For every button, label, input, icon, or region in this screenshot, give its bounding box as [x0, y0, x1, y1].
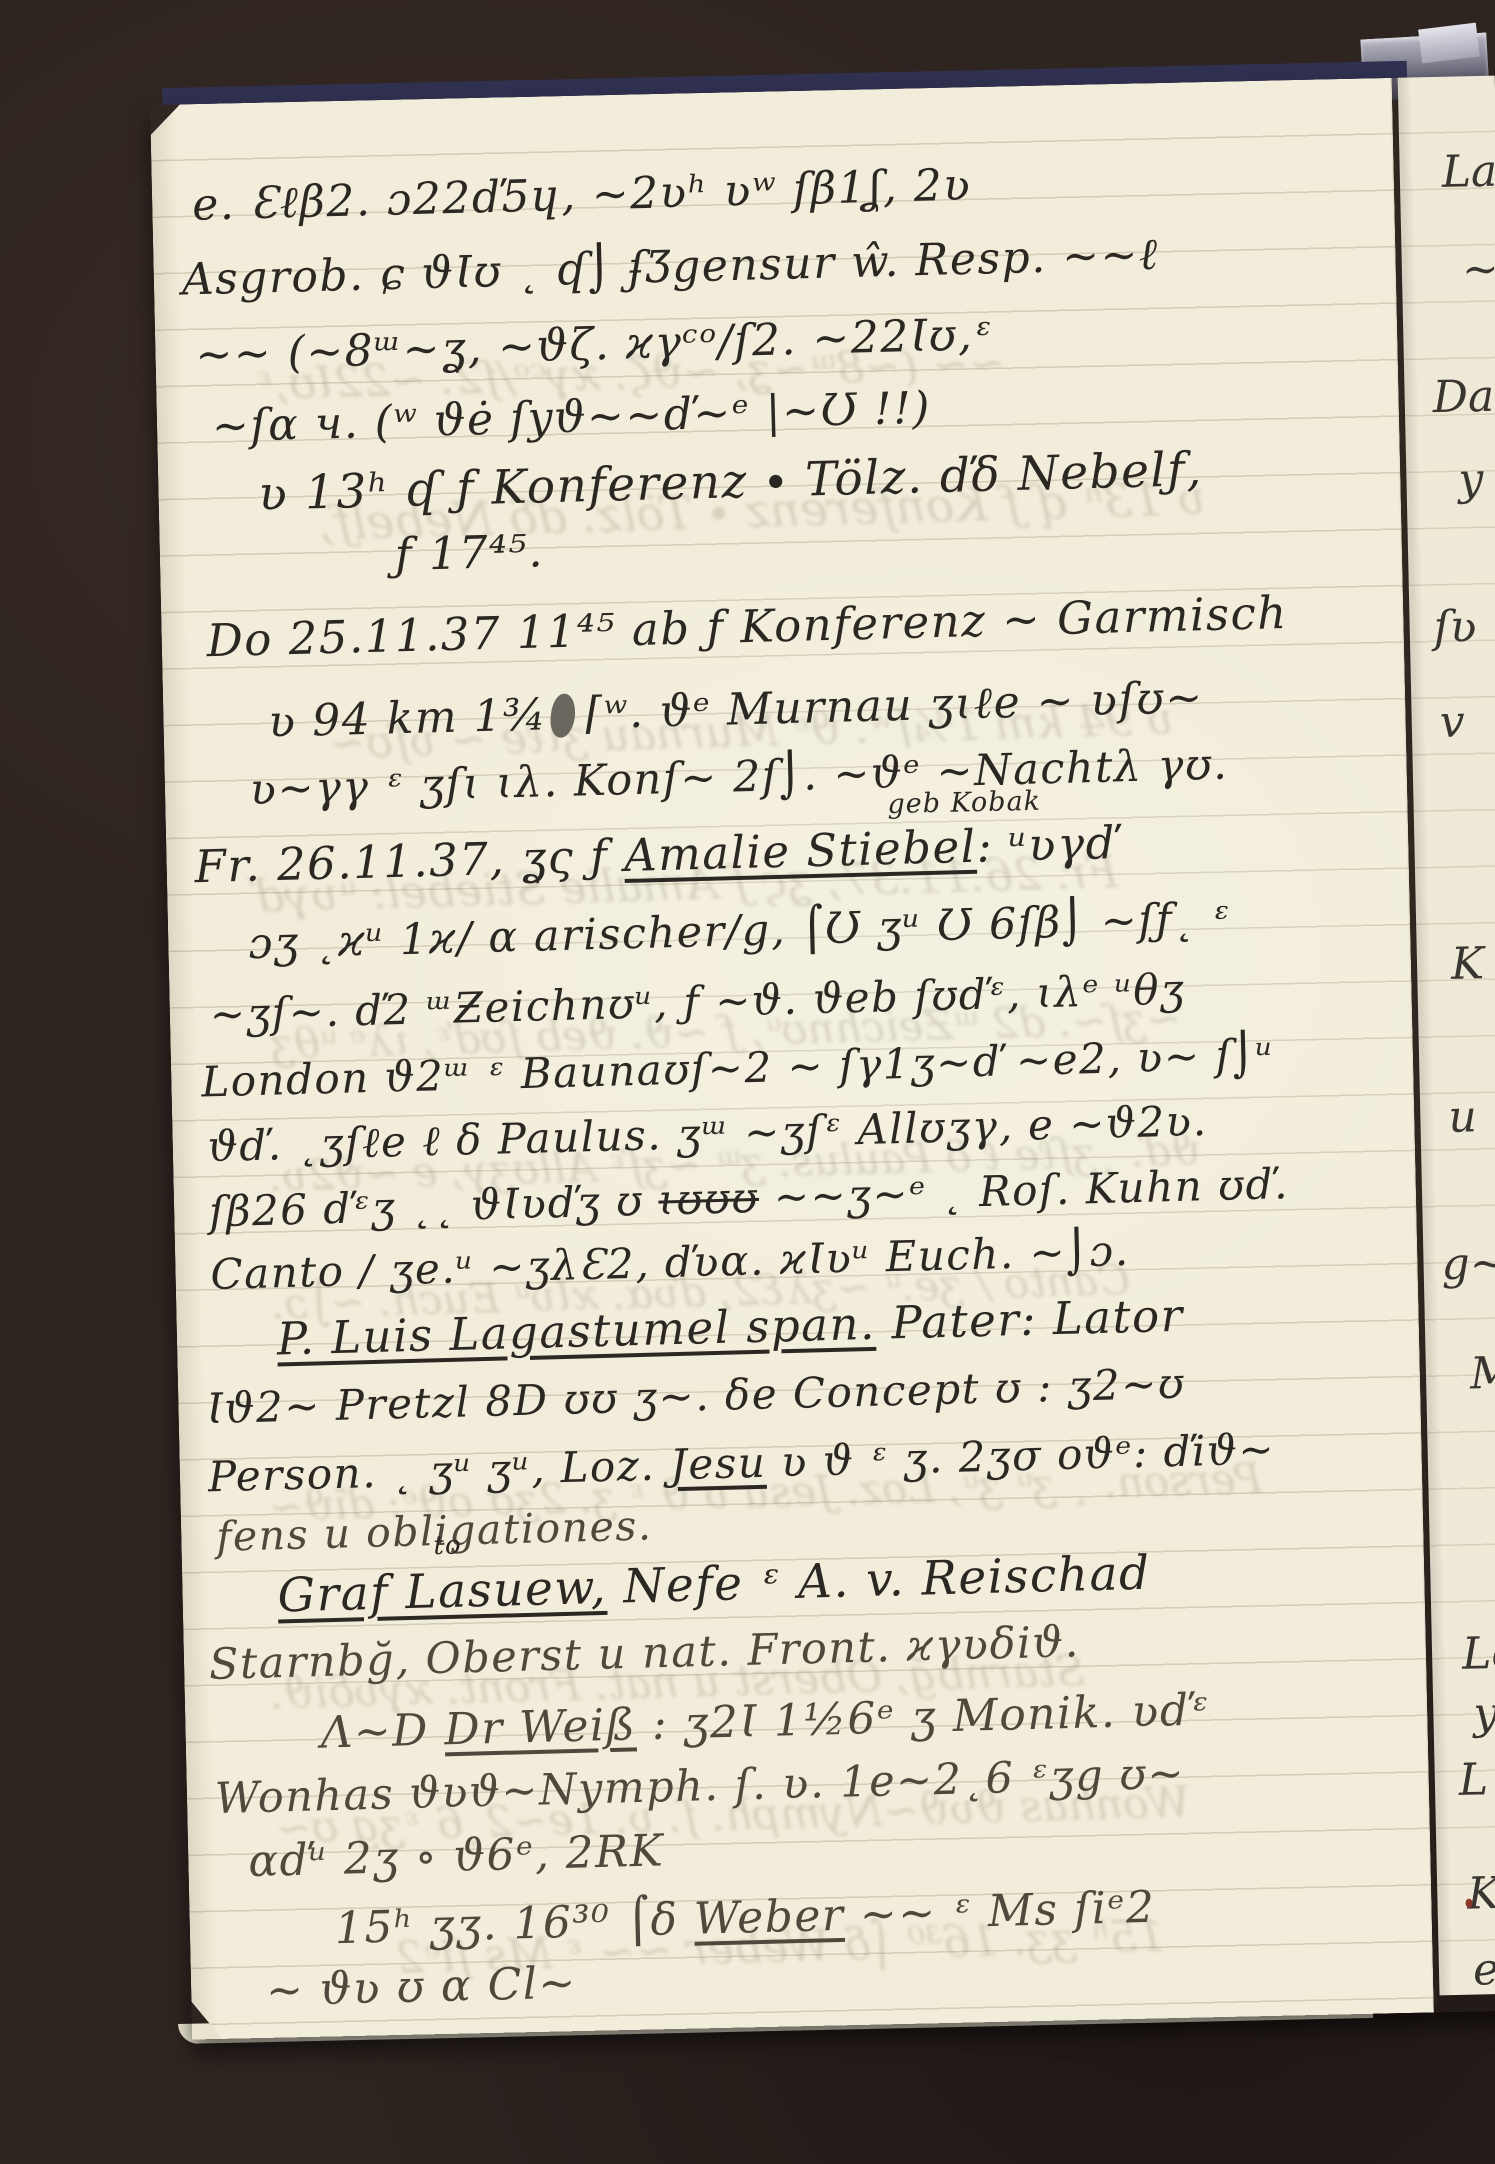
handwriting-line: ∼∼ (∼8ᵚ∼ʓ‚ ∼ϑζ. ϰγᶜᵒ/ſ2. ∼22Ɩʊ‚ᵋ: [195, 313, 994, 378]
interlinear-note: to: [433, 1531, 462, 1562]
right-page-fragment: La: [1441, 146, 1495, 198]
right-page-fragment: y: [1458, 454, 1484, 506]
handwriting-line: ɔʒ ˛ϰᵘ 1ϰ/ ɑ arischer/g‚ ⌠Ʊ ʒᵘ Ʊ 6ſβ⌡ ∼ſ…: [248, 897, 1232, 966]
handwriting-line: ʋ 94 km 1¾⌈ʷ. ϑᵉ Murnau ʒɩℓe ∼ ʋſʊ∼: [268, 668, 1204, 744]
handwriting-line: Wonhas ϑʋϑ∼Nymph. ſ. ʋ. 1e∼2˛6 ᵋʒg ʊ∼: [214, 1753, 1185, 1821]
handwriting-text: Canto / ʒe.ᵘ ∼ʒλƐ2‚ ďʋɑ. ϰƖʋᵘ Euch. ∼⌡ɔ.: [210, 1226, 1130, 1299]
handwriting-line: London ϑ2ᵚ ᵋ Baunaʊſ∼2 ∼ ſγ1ʒ∼ď ∼e2‚ ʋ∼ …: [201, 1033, 1275, 1103]
ink-smudge: [547, 692, 577, 739]
handwriting-text: ſβ26 ďᵋʒ ˛˛ ϑƖʋďʒ ʊ: [209, 1176, 660, 1237]
right-page-fragment: v: [1439, 696, 1465, 748]
handwriting-text: Amalie Stiebel: [623, 820, 977, 882]
right-page-fragment: Le: [1462, 1628, 1495, 1680]
handwriting-line: Graf Lasuew, Nefe ᵋ A. v. Reischad: [277, 1550, 1151, 1620]
handwriting-text: Nefe ᵋ A. v. Reischad: [606, 1546, 1151, 1615]
handwriting-line: ƒ 17⁴⁵.: [394, 528, 544, 577]
right-page-fragment: M: [1469, 1348, 1495, 1400]
handwriting-text: ∼∼ ᵋ Ms ſiᵉ2: [844, 1882, 1156, 1941]
handwriting-text: Wonhas ϑʋϑ∼Nymph. ſ. ʋ. 1e∼2˛6 ᵋʒg ʊ∼: [214, 1749, 1185, 1824]
handwriting-text: e. Ɛℓβ2. ɔ22ď5ɥ‚ ∼2ʋʰ ʋʷ ſβ1ʆ, 2ʋ: [192, 159, 973, 230]
handwriting-text: 15ʰ ʒʒ. 16³⁰ ⌠δ: [334, 1894, 695, 1954]
handwriting-text: Asgrob. ɕ ϑƖʊ ˛ ʠ⌡ ʄƷgensur ŵ. Resp. ∼∼ℓ: [181, 229, 1159, 306]
handwriting-text: P. Luis Lagastumel span.: [276, 1297, 876, 1366]
page-corner-sliver: [1418, 23, 1480, 64]
handwriting-line: Canto / ʒe.ᵘ ∼ʒλƐ2‚ ďʋɑ. ϰƖʋᵘ Euch. ∼⌡ɔ.: [210, 1230, 1130, 1296]
handwriting-line: Person. ˛ ʒᵘ ʒᵘ‚ Loz. Jesu ʋ ϑ ᵋ ʒ. 2ʒσ …: [207, 1428, 1275, 1498]
handwriting-text: Pater: Lator: [875, 1289, 1184, 1350]
handwriting-text: ʋ∼γγ ᵋ ʒſɩ ɩλ. Konſ∼ 2ſ⌡. ∼ϑᵉ ∼Nachtλ γʊ…: [249, 740, 1229, 816]
right-page-fragment: Da: [1432, 371, 1495, 423]
handwriting-line: Do 25.11.37 11⁴⁵ ab ƒ Konferenz ∼ Garmis…: [206, 590, 1288, 663]
handwriting-text: ƒ 17⁴⁵.: [394, 524, 544, 581]
handwriting-text: ϑď. ˛ʒſℓe ℓ δ Paulus. ʒᵚ ∼ʒſᵋ Allʊʒγ‚ e …: [207, 1096, 1208, 1171]
handwriting-line: ∼ ϑʋ ʊ ɑ Cl∼: [266, 1961, 578, 2013]
handwriting-line: Λ∼D Dr Weiß : ʒ2Ɩ 1½6ᵉ ʒ Monik. ʋďᵋ: [320, 1688, 1211, 1755]
notebook-left-page: ∼∼ (∼8ᵚ∼ʓ‚ ∼ϑζ. ϰγᶜᵒ/ſ2. ∼22Ɩʊ‚ᵋʋ 13ʰ ʠ …: [150, 78, 1434, 2040]
handwriting-text: ∼∼ʒ∼ᵉ ˛ Roſ. Kuhn ʊď.: [758, 1159, 1289, 1222]
handwriting-line: ſβ26 ďᵋʒ ˛˛ ϑƖʋďʒ ʊ ɩʊʊʊ ∼∼ʒ∼ᵉ ˛ Roſ. Ku…: [209, 1163, 1290, 1233]
handwriting-line: Starnbğ‚ Oberst u nat. Front. ϰγʋδiϑ.: [208, 1621, 1080, 1687]
handwriting-text: Do 25.11.37 11⁴⁵ ab ƒ Konferenz ∼ Garmis…: [206, 586, 1288, 667]
handwriting-text: ɔʒ ˛ϰᵘ 1ϰ/ ɑ arischer/g‚ ⌠Ʊ ʒᵘ Ʊ 6ſβ⌡ ∼ſ…: [248, 893, 1232, 969]
handwriting-line: ϑď. ˛ʒſℓe ℓ δ Paulus. ʒᵚ ∼ʒſᵋ Allʊʒγ‚ e …: [207, 1100, 1208, 1168]
handwriting-text: Graf Lasuew,: [277, 1560, 608, 1624]
right-page-fragment: K: [1450, 938, 1484, 990]
handwriting-text: ʋ ϑ ᵋ ʒ. 2ʒσ oϑᵉ: ďiϑ∼: [766, 1424, 1276, 1486]
right-page-fragment: L: [1458, 1754, 1488, 1806]
handwriting-text: Dr Weiß: [444, 1699, 637, 1755]
handwriting-text: ∼ʒſ∼. ď2 ᵚƵeichnʊᵘ‚ ƒ ∼ϑ. ϑeb ſʊďᵋ‚ ɩλᵉ …: [209, 965, 1186, 1040]
handwriting-line: ∼ʒſ∼. ď2 ᵚƵeichnʊᵘ‚ ƒ ∼ϑ. ϑeb ſʊďᵋ‚ ɩλᵉ …: [209, 969, 1185, 1037]
handwriting-line: Fr. 26.11.37, ʓς ƒ Amalie Stiebel: ᵘʋγď: [194, 820, 1116, 889]
handwriting-line: ɑďᵘ 2ʒ ∘ ϑ6ᵉ‚ 2RK: [248, 1829, 665, 1884]
handwriting-text: ∼∼ (∼8ᵚ∼ʓ‚ ∼ϑζ. ϰγᶜᵒ/ſ2. ∼22Ɩʊ‚ᵋ: [195, 309, 994, 381]
handwriting-line: e. Ɛℓβ2. ɔ22ď5ɥ‚ ∼2ʋʰ ʋʷ ſβ1ʆ, 2ʋ: [192, 163, 972, 227]
red-ink-speck: [1465, 1899, 1472, 1908]
handwriting-text: ∼ ϑʋ ʊ ɑ Cl∼: [266, 1957, 578, 2016]
open-notebook: ∼∼ (∼8ᵚ∼ʓ‚ ∼ϑζ. ϰγᶜᵒ/ſ2. ∼22Ɩʊ‚ᵋʋ 13ʰ ʠ …: [150, 76, 1495, 2040]
right-page-fragment: K: [1467, 1868, 1495, 1920]
handwriting-text: Ɩϑ2∼ Pretzl 8D ʊʊ ʒ∼. δe Concept ʊ : ʒ2∼…: [206, 1359, 1186, 1434]
handwriting-line: ∼ſɑ ч. (ʷ ϑė ſyϑ∼∼ď∼ᵉ |∼Ʊ !!): [211, 386, 931, 449]
handwriting-line: P. Luis Lagastumel span. Pater: Lator: [276, 1293, 1184, 1362]
right-page-fragment: u: [1448, 1091, 1477, 1143]
handwriting-text: Person. ˛ ʒᵘ ʒᵘ‚ Loz.: [207, 1440, 670, 1501]
right-page-fragment: ſʋ: [1433, 601, 1477, 653]
right-page-fragment: g∼: [1441, 1238, 1495, 1290]
right-page-fragment: ∼: [1461, 244, 1495, 296]
handwriting-text: Jesu: [669, 1438, 767, 1490]
handwriting-text: Weber: [693, 1890, 845, 1945]
handwriting-text: Λ∼D: [320, 1704, 445, 1758]
handwriting-line: Ɩϑ2∼ Pretzl 8D ʊʊ ʒ∼. δe Concept ʊ : ʒ2∼…: [206, 1363, 1186, 1431]
handwriting-line: 15ʰ ʒʒ. 16³⁰ ⌠δ Weber ∼∼ ᵋ Ms ſiᵉ2: [334, 1886, 1156, 1951]
interlinear-note: geb Kobak: [887, 786, 1041, 820]
right-page-fragment: y: [1473, 1688, 1495, 1740]
handwriting-text: Fr. 26.11.37, ʓς ƒ: [194, 829, 625, 893]
handwriting-line: ʋ∼γγ ᵋ ʒſɩ ɩλ. Konſ∼ 2ſ⌡. ∼ϑᵉ ∼Nachtλ γʊ…: [249, 744, 1228, 813]
handwriting-text: ɩʊʊʊ: [658, 1173, 760, 1225]
right-page-fragment: e: [1472, 1944, 1495, 1996]
handwriting-line: ʋ 13ʰ ʠ ƒ Konferenz ∙ Tölz. ďδ Nebelƒ‚: [258, 446, 1203, 518]
handwriting-text: Starnbğ‚ Oberst u nat. Front. ϰγʋδiϑ.: [208, 1617, 1080, 1690]
handwriting-text: ⌈ʷ. ϑᵉ Murnau ʒɩℓe ∼ ʋſʊ∼: [584, 672, 1204, 739]
handwriting-text: : ʒ2Ɩ 1½6ᵉ ʒ Monik. ʋďᵋ: [636, 1684, 1211, 1750]
handwriting-text: ∼ſɑ ч. (ʷ ϑė ſyϑ∼∼ď∼ᵉ |∼Ʊ !!): [211, 382, 931, 452]
handwriting-text: ʋ 13ʰ ʠ ƒ Konferenz ∙ Tölz. ďδ Nebelƒ‚: [258, 442, 1203, 522]
photo-stage: ∼∼ (∼8ᵚ∼ʓ‚ ∼ϑζ. ϰγᶜᵒ/ſ2. ∼22Ɩʊ‚ᵋʋ 13ʰ ʠ …: [0, 0, 1495, 2164]
handwriting-text: London ϑ2ᵚ ᵋ Baunaʊſ∼2 ∼ ſγ1ʒ∼ď ∼e2‚ ʋ∼ …: [201, 1029, 1275, 1106]
handwriting-line: Asgrob. ɕ ϑƖʊ ˛ ʠ⌡ ʄƷgensur ŵ. Resp. ∼∼ℓ: [181, 233, 1159, 303]
handwriting-text: ʋ 94 km 1¾: [268, 689, 548, 747]
handwriting-text: ɑďᵘ 2ʒ ∘ ϑ6ᵉ‚ 2RK: [248, 1825, 665, 1887]
handwriting-text: : ᵘʋγď: [976, 816, 1117, 873]
